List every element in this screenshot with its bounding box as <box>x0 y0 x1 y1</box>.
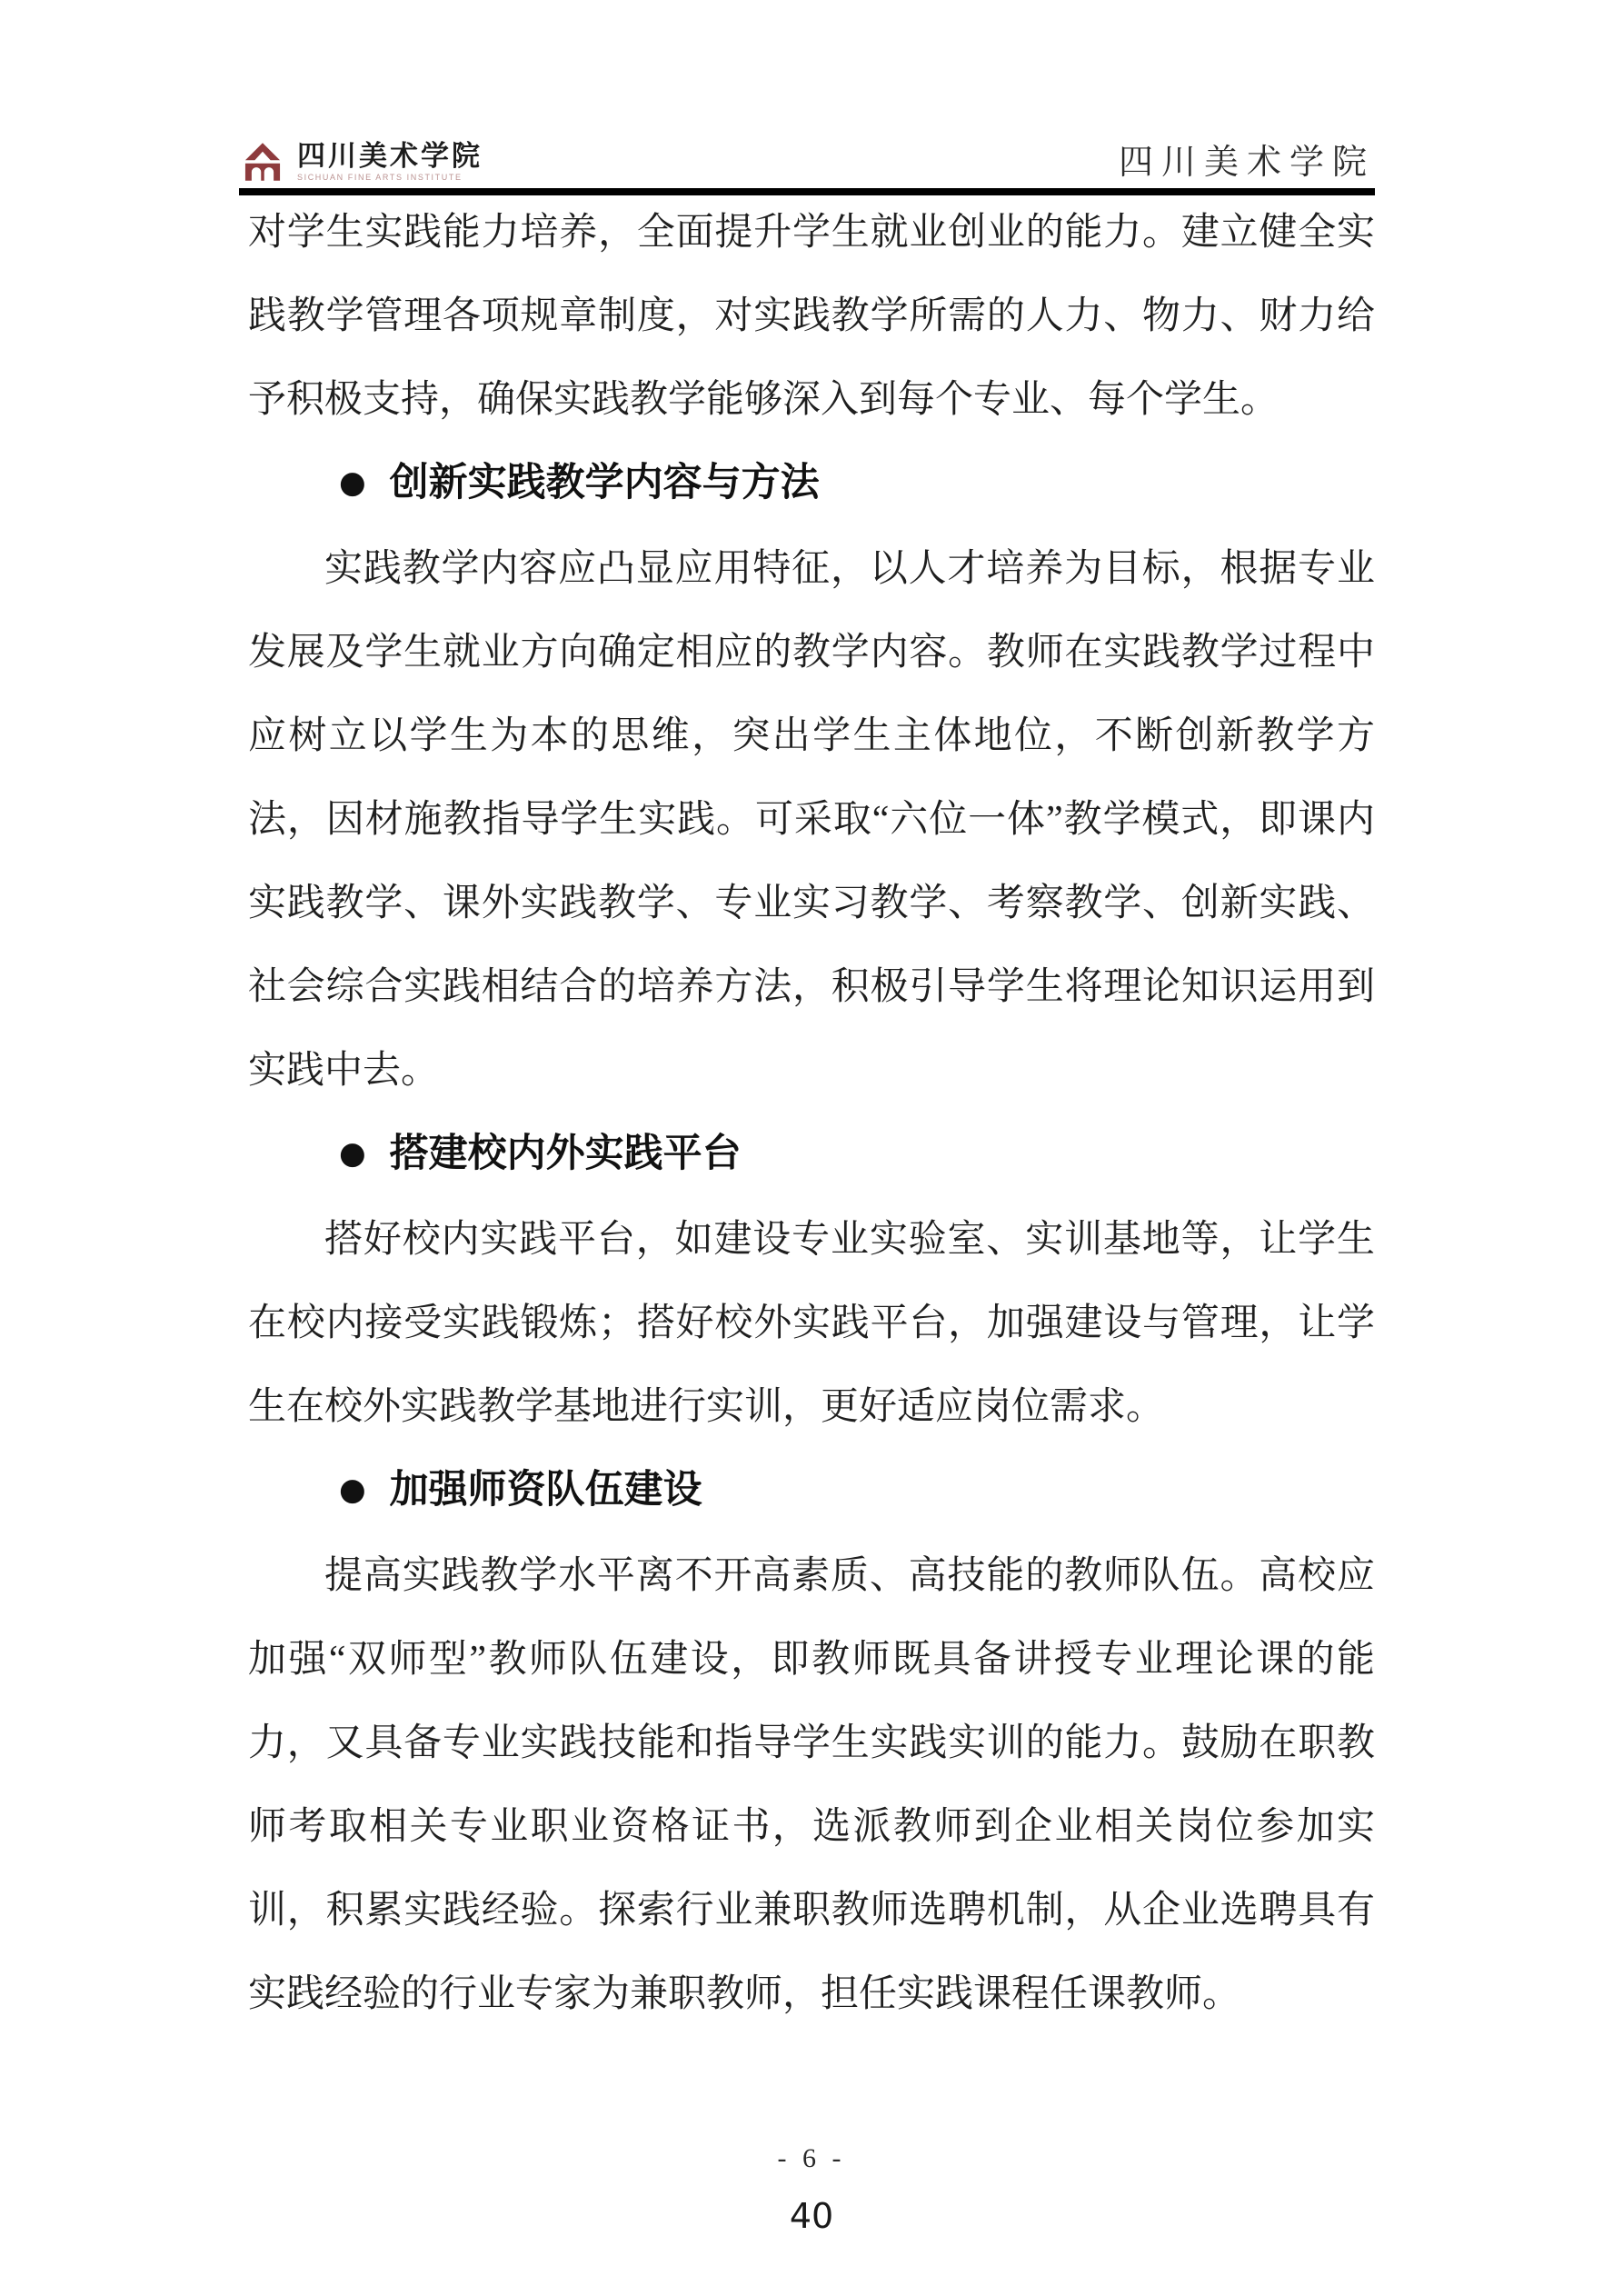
paragraph: 实践教学内容应凸显应用特征，以人才培养为目标，根据专业发展及学生就业方向确定相应… <box>248 527 1375 1113</box>
paragraph: 提高实践教学水平离不开高素质、高技能的教师队伍。高校应加强“双师型”教师队伍建设… <box>248 1534 1375 2036</box>
section-heading: ●创新实践教学内容与方法 <box>248 442 1375 527</box>
bullet-icon: ● <box>339 1135 366 1172</box>
section-heading: ●搭建校内外实践平台 <box>248 1113 1375 1198</box>
document-body: 对学生实践能力培养，全面提升学生就业创业的能力。建立健全实践教学管理各项规章制度… <box>248 191 1375 2036</box>
document-page-label: - 6 - <box>0 2143 1623 2174</box>
logo-text-block: 四川美术学院 SICHUAN FINE ARTS INSTITUTE <box>297 142 483 182</box>
logo-name-zh: 四川美术学院 <box>297 142 483 170</box>
overall-page-number: 40 <box>0 2196 1623 2236</box>
paragraph: 搭好校内实践平台，如建设专业实验室、实训基地等，让学生在校内接受实践锻炼；搭好校… <box>248 1198 1375 1449</box>
paragraph: 对学生实践能力培养，全面提升学生就业创业的能力。建立健全实践教学管理各项规章制度… <box>248 191 1375 442</box>
section-heading: ●加强师资队伍建设 <box>248 1449 1375 1534</box>
institute-logo: 四川美术学院 SICHUAN FINE ARTS INSTITUTE <box>239 142 483 182</box>
bullet-icon: ● <box>339 464 366 501</box>
header-institute-title: 四川美术学院 <box>1119 134 1375 189</box>
logo-name-en: SICHUAN FINE ARTS INSTITUTE <box>297 174 483 182</box>
section-heading-text: 加强师资队伍建设 <box>390 1469 702 1512</box>
page-header: 四川美术学院 SICHUAN FINE ARTS INSTITUTE 四川美术学… <box>239 135 1375 195</box>
archway-logo-icon <box>239 143 286 181</box>
section-heading-text: 搭建校内外实践平台 <box>390 1133 742 1175</box>
section-heading-text: 创新实践教学内容与方法 <box>390 462 820 504</box>
document-page: 四川美术学院 SICHUAN FINE ARTS INSTITUTE 四川美术学… <box>0 0 1623 2296</box>
bullet-icon: ● <box>339 1472 366 1508</box>
